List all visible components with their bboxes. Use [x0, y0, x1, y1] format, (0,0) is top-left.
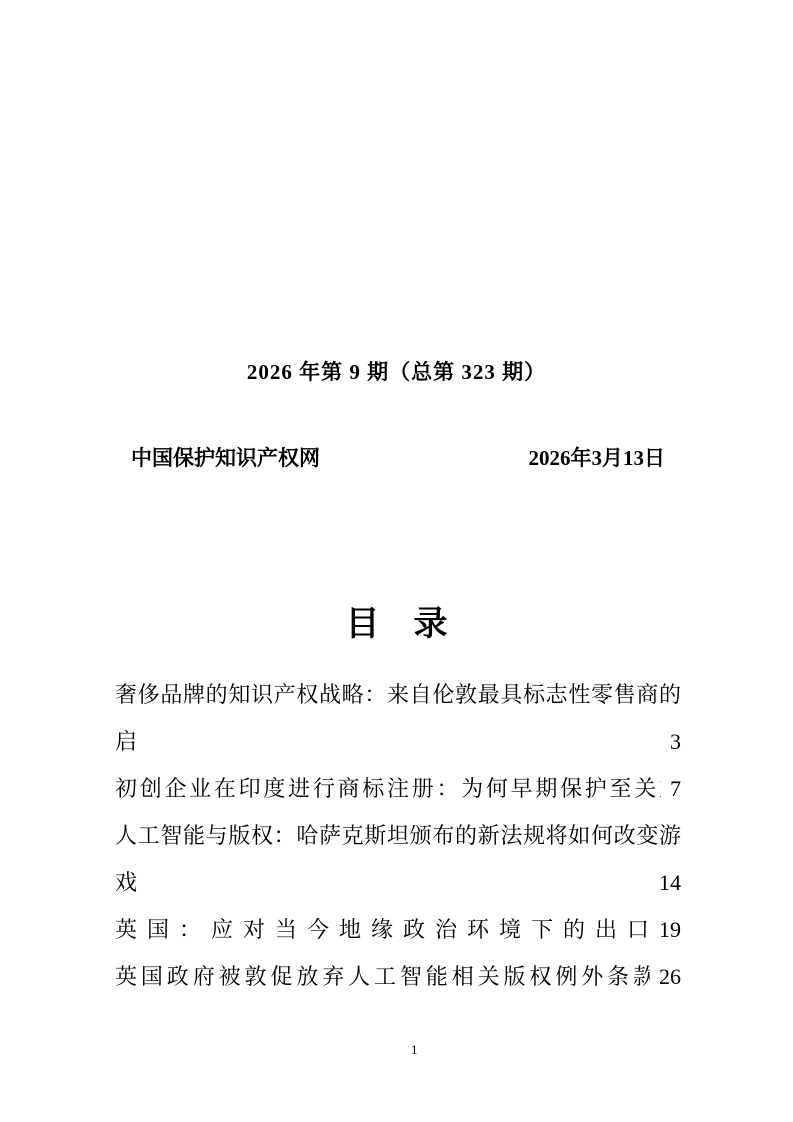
- toc-entry-page: 3: [661, 718, 681, 765]
- toc-entry[interactable]: 人工智能与版权：哈萨克斯坦颁布的新法规将如何改变游戏规则............…: [115, 812, 681, 906]
- toc-entry-page: 19: [650, 906, 681, 953]
- toc-entry-title: 初创企业在印度进行商标注册：为何早期保护至关重要: [115, 776, 681, 812]
- toc-list: 奢侈品牌的知识产权战略：来自伦敦最具标志性零售商的启示.............…: [115, 671, 681, 1000]
- toc-entry-page: 14: [650, 859, 681, 906]
- toc-entry-page: 26: [650, 953, 681, 1000]
- footer-page-number: 1: [411, 1042, 418, 1058]
- publisher-name: 中国保护知识产权网: [131, 442, 320, 472]
- toc-entry-title: 英国政府被敦促放弃人工智能相关版权例外条款计划: [115, 964, 681, 1000]
- toc-heading: 目 录: [0, 596, 793, 645]
- toc-entry-title: 英国：应对当今地缘政治环境下的出口管制: [115, 917, 681, 953]
- toc-entry[interactable]: 英国：应对当今地缘政治环境下的出口管制.....................…: [115, 906, 681, 953]
- toc-entry[interactable]: 初创企业在印度进行商标注册：为何早期保护至关重要................…: [115, 765, 681, 812]
- document-page: 2026 年第 9 期（总第 323 期） 中国保护知识产权网 2026年3月1…: [0, 0, 793, 1122]
- toc-entry-title: 奢侈品牌的知识产权战略：来自伦敦最具标志性零售商的启示: [115, 682, 681, 765]
- toc-entry[interactable]: 奢侈品牌的知识产权战略：来自伦敦最具标志性零售商的启示.............…: [115, 671, 681, 765]
- issue-date: 2026年3月13日: [529, 442, 666, 472]
- issue-title: 2026 年第 9 期（总第 323 期）: [0, 356, 793, 386]
- toc-entry-title: 人工智能与版权：哈萨克斯坦颁布的新法规将如何改变游戏规则: [115, 823, 681, 906]
- publisher-row: 中国保护知识产权网 2026年3月13日: [131, 442, 665, 472]
- toc-entry[interactable]: 英国政府被敦促放弃人工智能相关版权例外条款计划.................…: [115, 953, 681, 1000]
- toc-entry-page: 7: [661, 765, 681, 812]
